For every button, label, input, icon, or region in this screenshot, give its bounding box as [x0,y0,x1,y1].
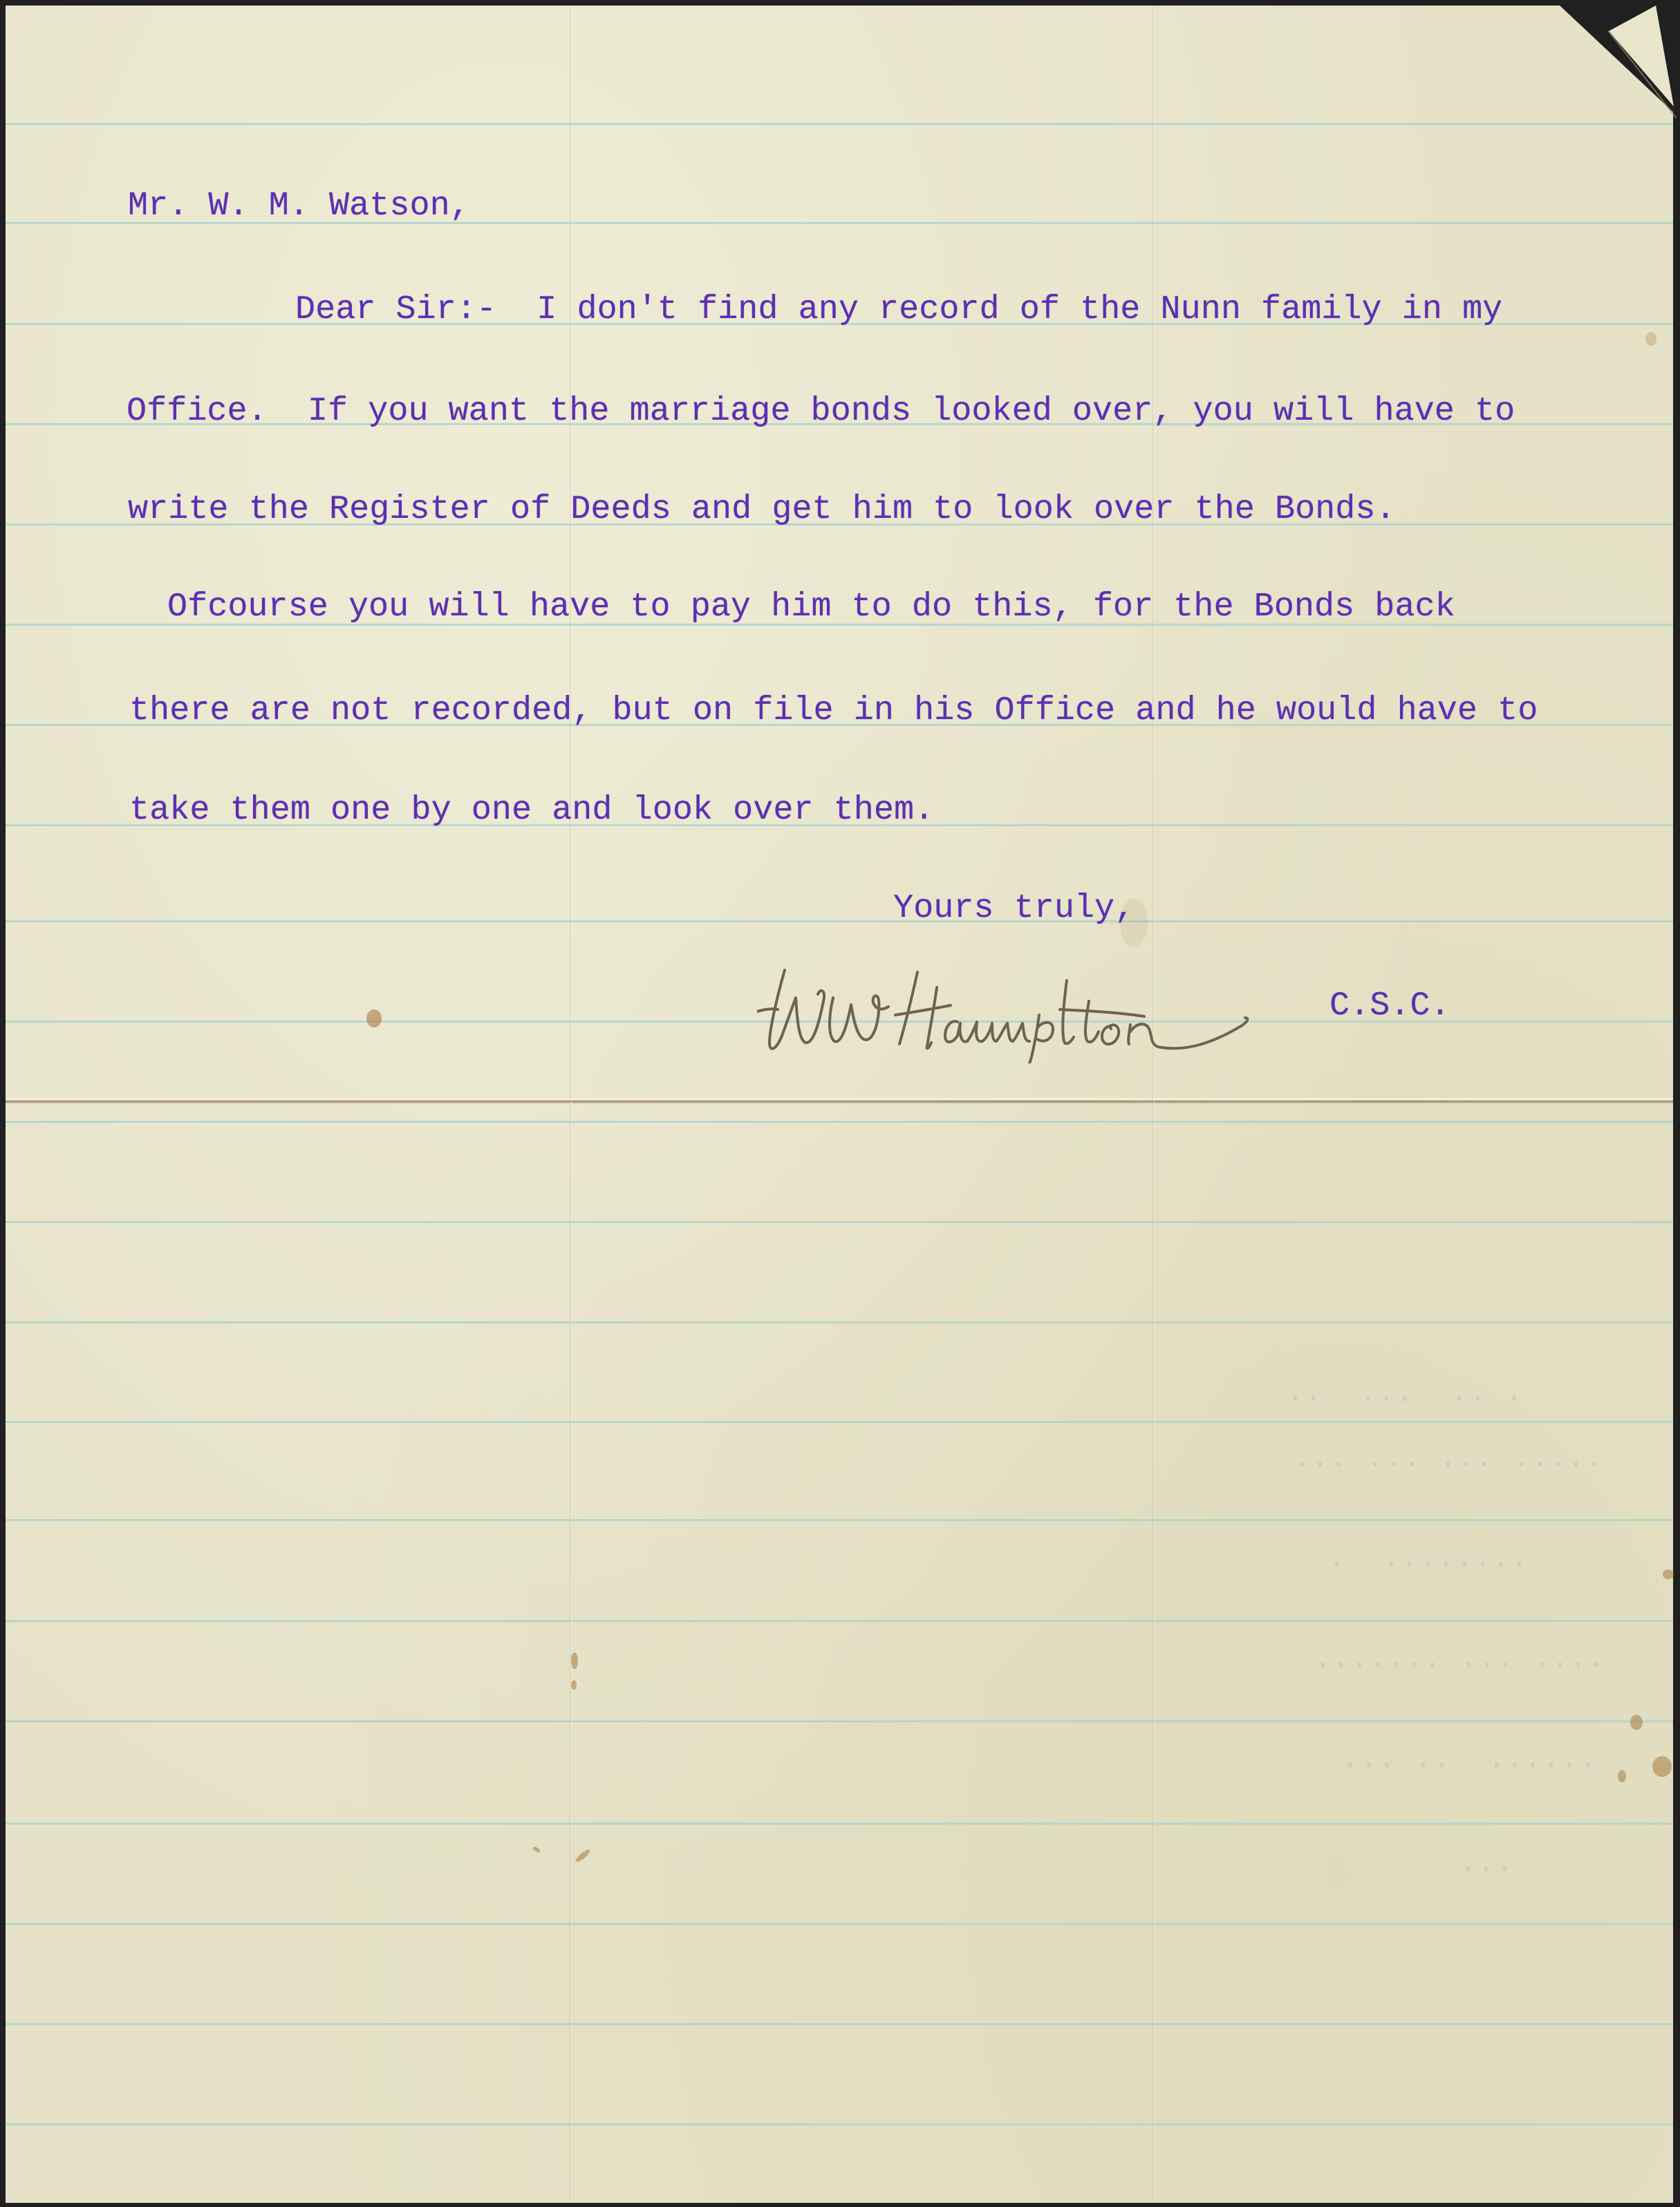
bleed-through-text: ..... ... ... ... [1293,1442,1603,1476]
body-line: there are not recorded, but on file in h… [129,694,1538,728]
handwritten-signature [757,960,1303,1063]
body-line: Dear Sir:- I don't find any record of th… [295,293,1502,327]
ruled-line [6,1720,1673,1722]
ruled-line [6,2123,1673,2125]
stain-mark [1663,1570,1674,1579]
ruled-line [6,1823,1673,1825]
body-line: Ofcourse you will have to pay him to do … [167,590,1455,624]
ruled-line [6,1221,1673,1223]
bleed-through-text: ........ . [1327,1542,1528,1576]
bleed-through-text: ... [1459,1846,1513,1881]
ruled-line [6,1519,1673,1521]
ruled-line [6,1620,1673,1622]
bleed-through-text: .... ... ....... [1314,1642,1605,1677]
body-line: write the Register of Deeds and get him … [128,493,1396,527]
bleed-through-text: ...... .. ... [1341,1742,1597,1777]
ruled-line [6,1321,1673,1323]
closing-line: Yours truly, [893,892,1135,926]
bleed-through-text: . .. ... .. [1286,1376,1523,1410]
stain-mark [571,1652,578,1669]
horizontal-fold-crease [6,1098,1673,1103]
ruled-line [6,1923,1673,1925]
stain-mark [571,1680,577,1690]
ruled-line [6,920,1673,922]
stain-mark [1630,1715,1643,1730]
stain-mark [1645,332,1656,346]
vertical-fold-crease [1152,6,1155,2203]
letter-paper [6,6,1673,2203]
body-line: take them one by one and look over them. [129,794,934,828]
ruled-line [6,1121,1673,1123]
ruled-line [6,2023,1673,2025]
vertical-fold-crease [570,6,572,2203]
recipient-line: Mr. W. M. Watson, [128,189,470,223]
stain-mark [1618,1770,1626,1782]
signature-title: C.S.C. [1329,989,1450,1023]
stain-mark [1652,1756,1672,1777]
ruled-line [6,123,1673,125]
ruled-line [6,1421,1673,1423]
stain-mark [366,1009,382,1027]
body-line: Office. If you want the marriage bonds l… [127,395,1515,429]
